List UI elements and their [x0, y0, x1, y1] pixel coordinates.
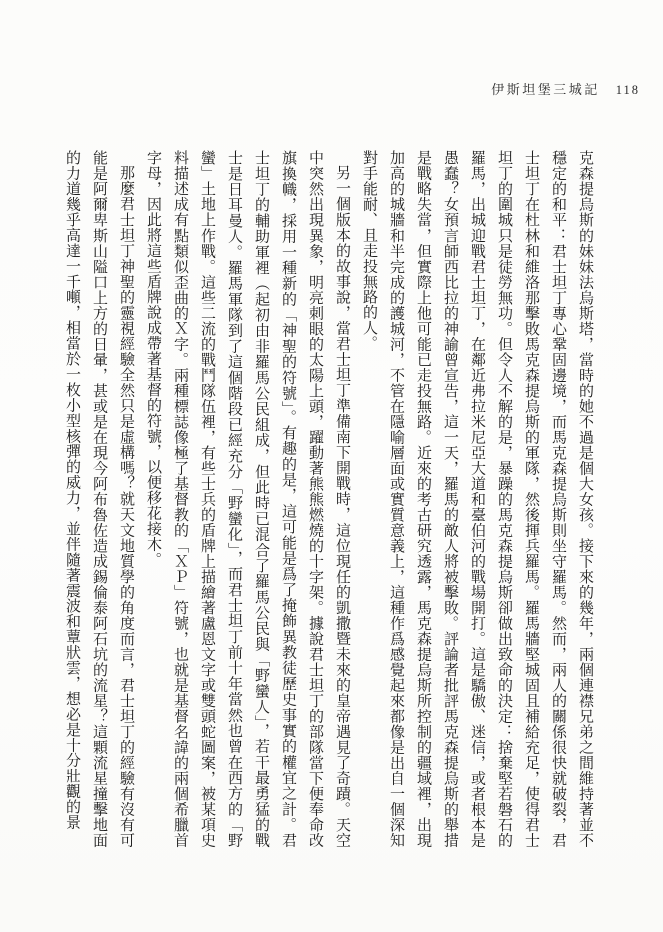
- paragraph: 那麼君士坦丁神聖的靈視經驗全然只是虛構嗎？就天文地質學的角度而言，君士坦丁的經驗…: [58, 150, 139, 848]
- paragraph: 另一個版本的故事說，當君士坦丁準備南下開戰時，這位現任的凱撒暨未來的皇帝遇見了奇…: [139, 150, 355, 848]
- page-number: 118: [616, 83, 640, 98]
- book-title: 伊斯坦堡三城記: [491, 79, 600, 98]
- book-page: 伊斯坦堡三城記 118 克森提烏斯的妹妹法烏斯塔，當時的她不過是個大女孩。接下來…: [0, 0, 663, 932]
- paragraph-continuation: 克森提烏斯的妹妹法烏斯塔，當時的她不過是個大女孩。接下來的幾年，兩個連襟兄弟之間…: [355, 150, 598, 848]
- running-header: 伊斯坦堡三城記 118: [491, 79, 640, 98]
- body-text: 克森提烏斯的妹妹法烏斯塔，當時的她不過是個大女孩。接下來的幾年，兩個連襟兄弟之間…: [58, 150, 598, 848]
